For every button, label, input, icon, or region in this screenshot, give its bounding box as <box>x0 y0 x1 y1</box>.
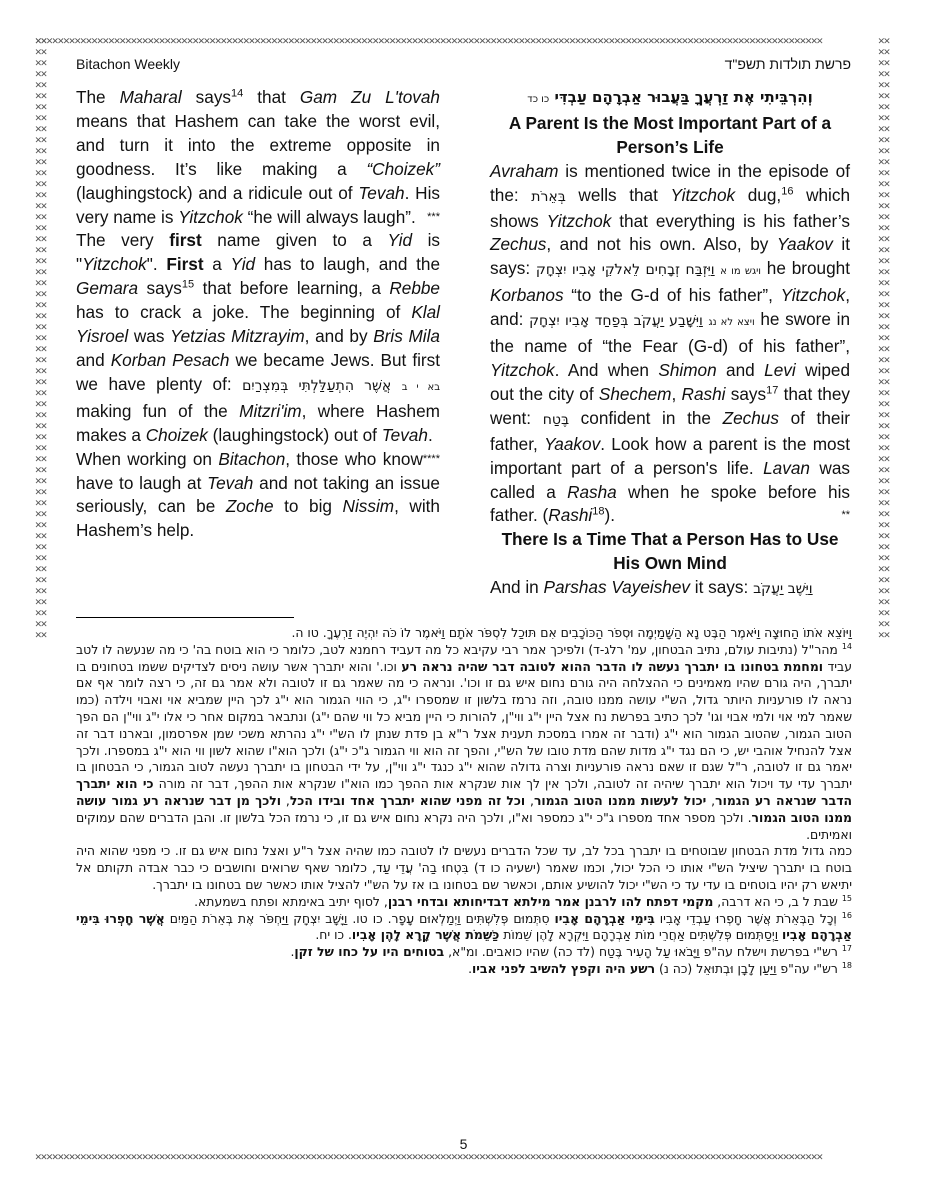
paragraph-maharal: The Maharal says14 that Gam Zu L'tovah m… <box>76 86 440 229</box>
footnote-16: 16 וְכָל הַבְּאֵרֹת אֲשֶׁר חָפְרוּ עַבְד… <box>76 911 852 945</box>
paragraph-first-name: The very first name given to a Yid is "Y… <box>76 229 440 447</box>
border-left: ✕✕✕✕✕✕✕✕✕✕✕✕✕✕✕✕✕✕✕✕✕✕✕✕✕✕✕✕✕✕✕✕✕✕✕✕✕✕✕✕… <box>35 35 47 1163</box>
section-divider-stars: *** <box>427 206 440 230</box>
footnote-ref-15[interactable]: 15 <box>182 279 194 291</box>
pasuk-source-ref: כו כד <box>527 94 549 105</box>
border-top: ✕✕✕✕✕✕✕✕✕✕✕✕✕✕✕✕✕✕✕✕✕✕✕✕✕✕✕✕✕✕✕✕✕✕✕✕✕✕✕✕… <box>35 35 890 47</box>
hebrew-source-ref: בא י ב <box>402 382 440 393</box>
footnote-17: 17 רש"י בפרשת וישלח עה"פ וַיָּבֹאוּ עַל … <box>76 944 852 961</box>
paragraph-avraham: Avraham is mentioned twice in the episod… <box>490 160 850 529</box>
left-column: The Maharal says14 that Gam Zu L'tovah m… <box>76 86 440 543</box>
footnote-separator <box>76 617 294 618</box>
border-bottom: ✕✕✕✕✕✕✕✕✕✕✕✕✕✕✕✕✕✕✕✕✕✕✕✕✕✕✕✕✕✕✕✕✕✕✕✕✕✕✕✕… <box>35 1151 890 1163</box>
publication-title: Bitachon Weekly <box>76 56 180 72</box>
section-divider-stars: **** <box>423 448 440 472</box>
parsha-title: פרשת תולדות תשפ"ד <box>725 56 851 72</box>
running-header: Bitachon Weekly פרשת תולדות תשפ"ד <box>76 56 851 76</box>
section-heading-parent: A Parent Is the Most Important Part of a… <box>490 112 850 160</box>
pasuk-heading: וְהִרְבֵּיתִי אֶת זַרְעֲךָ בַּעֲבוּר אַב… <box>490 86 850 112</box>
paragraph-bitachon: When working on Bitachon, those who know… <box>76 448 440 544</box>
footnote-15: 15 שבת ל ב, כי הא דרבה, מקמי דפתח להו לר… <box>76 894 852 911</box>
right-column: וְהִרְבֵּיתִי אֶת זַרְעֲךָ בַּעֲבוּר אַב… <box>490 86 850 602</box>
footnote-ref-14[interactable]: 14 <box>231 87 243 99</box>
footnote-14: 14 מהר"ל (נתיבות עולם, נתיב הבטחון, עמ' … <box>76 642 852 844</box>
paragraph-vayeishev: And in Parshas Vayeishev it says: וַיֵּש… <box>490 576 850 602</box>
footnote-ref-18[interactable]: 18 <box>592 506 604 518</box>
hebrew-quote: אֲשֶׁר הִתְעַלַּלְתִּי בְּמִצְרַיִם <box>242 378 391 394</box>
section-divider-stars: ** <box>841 504 850 528</box>
footnotes: וַיּוֹצֵא אֹתוֹ הַחוּצָה וַיֹּאמֶר הַבֶּ… <box>76 625 852 978</box>
footnote-18: 18 רש"י עה"פ וַיַּעַן לָבָן וּבְתוּאֵל (… <box>76 961 852 978</box>
footnote-14-continued: כמה גדול מדת הבטחון שבוטחים בו יתברך בכל… <box>76 843 852 893</box>
footnote-ref-17[interactable]: 17 <box>766 384 778 396</box>
border-right: ✕✕✕✕✕✕✕✕✕✕✕✕✕✕✕✕✕✕✕✕✕✕✕✕✕✕✕✕✕✕✕✕✕✕✕✕✕✕✕✕… <box>878 35 890 1163</box>
footnote-ref-16[interactable]: 16 <box>781 185 793 197</box>
page-number: 5 <box>0 1136 927 1152</box>
section-heading-own-mind: There Is a Time That a Person Has to Use… <box>490 528 850 576</box>
footnote-13: וַיּוֹצֵא אֹתוֹ הַחוּצָה וַיֹּאמֶר הַבֶּ… <box>76 625 852 642</box>
